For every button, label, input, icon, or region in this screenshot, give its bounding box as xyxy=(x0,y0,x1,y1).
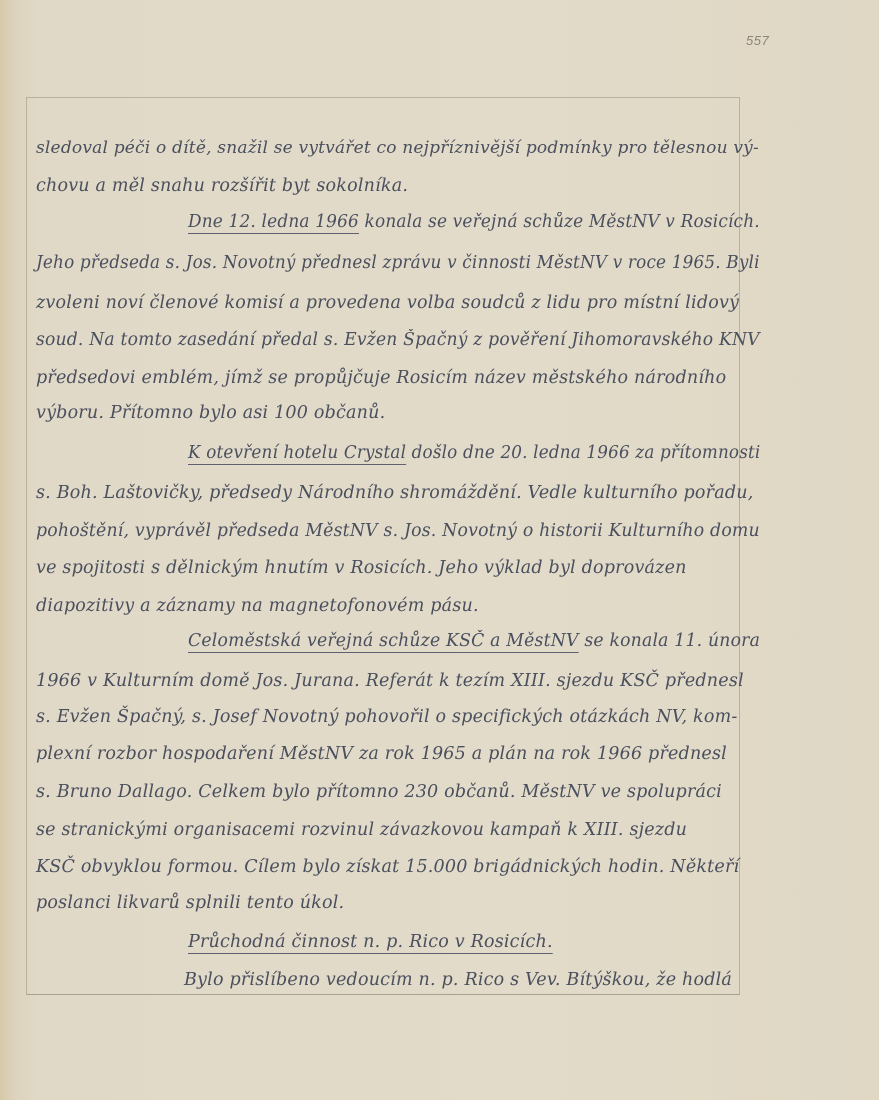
section-heading-date: Dne 12. ledna 1966 xyxy=(188,212,359,232)
section-heading-rico: Průchodná činnost n. p. Rico v Rosicích. xyxy=(188,932,553,952)
text-line-17: plexní rozbor hospodaření MěstNV za rok … xyxy=(36,744,727,764)
text-line-14: Celoměstská veřejná schůze KSČ a MěstNV … xyxy=(188,631,760,651)
section-heading-meeting: Celoměstská veřejná schůze KSČ a MěstNV xyxy=(188,631,579,651)
text-line-21: poslanci likvarů splnili tento úkol. xyxy=(36,893,344,913)
text-line-5: zvoleni noví členové komisí a provedena … xyxy=(36,293,739,313)
text-line-3: Dne 12. ledna 1966 konala se veřejná sch… xyxy=(188,212,760,232)
text-line-7: předsedovi emblém, jímž se propůjčuje Ro… xyxy=(36,368,726,388)
text-line-10: s. Boh. Laštovičky, předsedy Národního s… xyxy=(36,483,754,503)
text-line-16: s. Evžen Špačný, s. Josef Novotný pohovo… xyxy=(36,707,738,727)
text-line-8: výboru. Přítomno bylo asi 100 občanů. xyxy=(36,403,385,423)
text-line-18: s. Bruno Dallago. Celkem bylo přítomno 2… xyxy=(36,782,722,802)
text-line-13: diapozitivy a záznamy na magnetofonovém … xyxy=(36,596,479,616)
text-line-4: Jeho předseda s. Jos. Novotný přednesl z… xyxy=(36,253,760,273)
text-line-9: K otevření hotelu Crystal došlo dne 20. … xyxy=(188,443,760,463)
text-line-23: Bylo přislíbeno vedoucím n. p. Rico s Ve… xyxy=(184,970,732,990)
text-line-6: soud. Na tomto zasedání předal s. Evžen … xyxy=(36,330,760,350)
text-line-15: 1966 v Kulturním domě Jos. Jurana. Refer… xyxy=(36,671,744,691)
text-line-2: chovu a měl snahu rozšířit byt sokolníka… xyxy=(36,176,408,196)
text-line-12: ve spojitosti s dělnickým hnutím v Rosic… xyxy=(36,558,687,578)
text-line-11: pohoštění, vyprávěl předseda MěstNV s. J… xyxy=(36,521,760,541)
page-number: 557 xyxy=(746,33,769,48)
text-line-20: KSČ obvyklou formou. Cílem bylo získat 1… xyxy=(36,857,739,877)
section-heading-hotel: K otevření hotelu Crystal xyxy=(188,443,406,463)
text-line-1: sledoval péči o dítě, snažil se vytvářet… xyxy=(36,138,759,158)
text-line-19: se stranickými organisacemi rozvinul záv… xyxy=(36,820,687,840)
text-line-22: Průchodná činnost n. p. Rico v Rosicích. xyxy=(188,932,553,952)
